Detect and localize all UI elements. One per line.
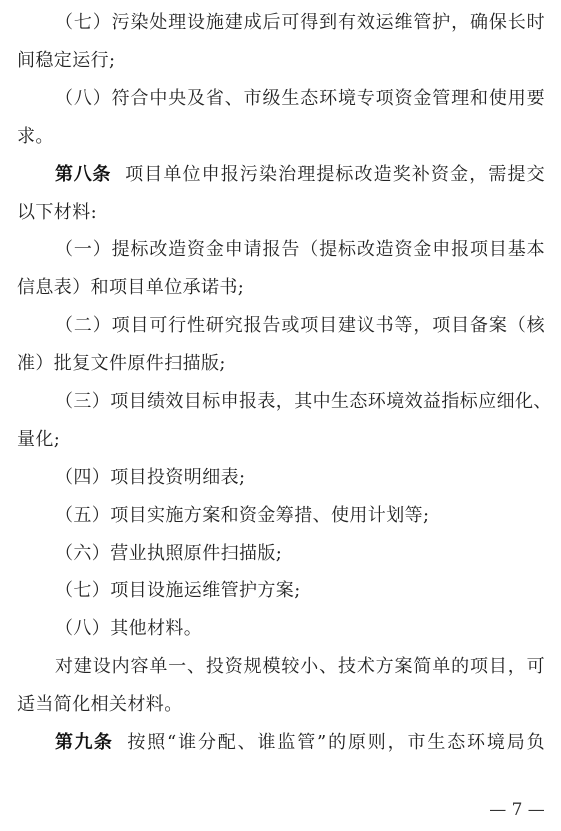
article-9-line: 第九条按照“谁分配、谁监管”的原则，市生态环境局负 [55, 730, 545, 756]
text-line: （七）污染处理设施建成后可得到有效运维管护，确保长时 [55, 10, 545, 36]
list-item: （二）项目可行性研究报告或项目建议书等，项目备案（核 [55, 313, 545, 339]
list-item: （四）项目投资明细表; [55, 465, 545, 491]
list-item: （七）项目设施运维管护方案; [55, 578, 545, 604]
text-line: （八）符合中央及省、市级生态环境专项资金管理和使用要 [55, 86, 545, 112]
text-line: 适当简化相关材料。 [17, 692, 545, 718]
document-page: （七）污染处理设施建成后可得到有效运维管护，确保长时 间稳定运行; （八）符合中… [0, 0, 561, 831]
list-item: （一）提标改造资金申请报告（提标改造资金申报项目基本 [55, 237, 545, 263]
list-item: （六）营业执照原件扫描版; [55, 541, 545, 567]
page-number: — 7 — [486, 798, 548, 822]
article-8-line: 第八条项目单位申报污染治理提标改造奖补资金，需提交 [55, 162, 545, 188]
text-line: 准）批复文件原件扫描版; [17, 351, 545, 377]
text-line: 以下材料: [17, 200, 545, 226]
text-line: 求。 [17, 124, 545, 150]
text-line: 间稳定运行; [17, 48, 545, 74]
list-item: （三）项目绩效目标申报表，其中生态环境效益指标应细化、 [55, 389, 545, 415]
text-line: 量化; [17, 427, 545, 453]
article-text: 项目单位申报污染治理提标改造奖补资金，需提交 [125, 164, 545, 185]
article-text: 按照“谁分配、谁监管”的原则，市生态环境局负 [127, 732, 545, 753]
article-heading: 第八条 [55, 164, 111, 185]
list-item: （五）项目实施方案和资金筹措、使用计划等; [55, 503, 545, 529]
list-item: （八）其他材料。 [55, 616, 545, 642]
article-heading: 第九条 [55, 732, 113, 753]
text-line: 信息表）和项目单位承诺书; [17, 275, 545, 301]
text-line: 对建设内容单一、投资规模较小、技术方案简单的项目，可 [55, 654, 545, 680]
